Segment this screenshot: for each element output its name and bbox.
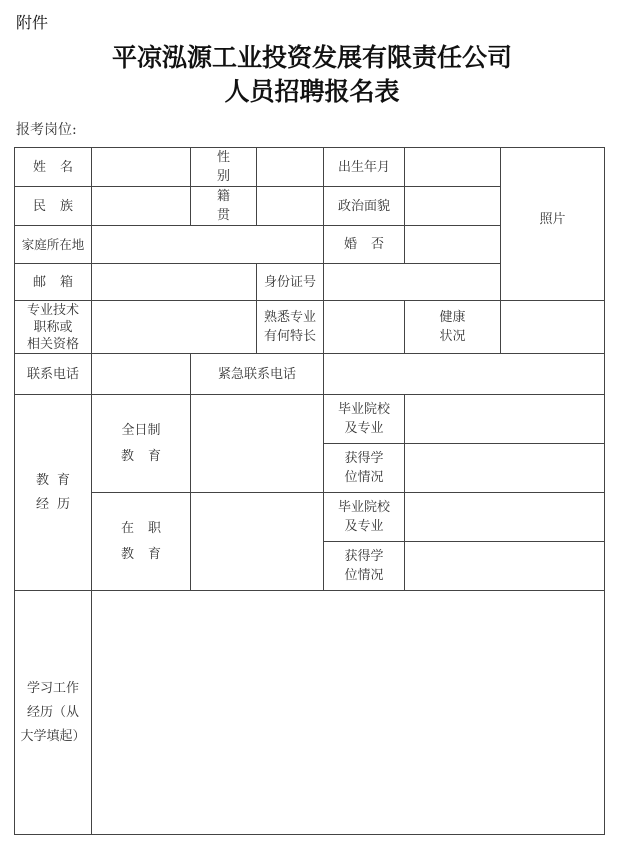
native-place-label: 籍贯 bbox=[191, 187, 257, 226]
work-history-field[interactable] bbox=[92, 591, 605, 835]
gender-field[interactable] bbox=[257, 148, 324, 187]
birth-label: 出生年月 bbox=[324, 148, 405, 187]
birth-field[interactable] bbox=[405, 148, 501, 187]
education-label: 教育 经历 bbox=[15, 395, 92, 591]
inservice-school-label: 毕业院校 及专业 bbox=[324, 493, 405, 542]
inservice-degree-label: 获得学 位情况 bbox=[324, 542, 405, 591]
health-label: 健康 状况 bbox=[405, 301, 501, 354]
home-address-field[interactable] bbox=[92, 226, 324, 264]
health-field[interactable] bbox=[501, 301, 605, 354]
id-number-label: 身份证号 bbox=[257, 264, 324, 301]
home-address-label: 家庭所在地 bbox=[15, 226, 92, 264]
fulltime-education-field[interactable] bbox=[191, 395, 324, 493]
phone-label: 联系电话 bbox=[15, 354, 92, 395]
gender-label: 性别 bbox=[191, 148, 257, 187]
native-place-field[interactable] bbox=[257, 187, 324, 226]
specialty-field[interactable] bbox=[324, 301, 405, 354]
attachment-label: 附件 bbox=[16, 10, 48, 33]
name-label: 姓名 bbox=[15, 148, 92, 187]
qualification-field[interactable] bbox=[92, 301, 257, 354]
political-label: 政治面貌 bbox=[324, 187, 405, 226]
email-label: 邮箱 bbox=[15, 264, 92, 301]
emergency-phone-label: 紧急联系电话 bbox=[191, 354, 324, 395]
emergency-phone-field[interactable] bbox=[324, 354, 605, 395]
qualification-label: 专业技术 职称或 相关资格 bbox=[15, 301, 92, 354]
fulltime-degree-field[interactable] bbox=[405, 444, 605, 493]
political-field[interactable] bbox=[405, 187, 501, 226]
page-subtitle: 人员招聘报名表 bbox=[0, 72, 624, 108]
fulltime-school-label: 毕业院校 及专业 bbox=[324, 395, 405, 444]
position-label: 报考岗位: bbox=[16, 119, 77, 139]
inservice-school-field[interactable] bbox=[405, 493, 605, 542]
photo-area[interactable]: 照片 bbox=[501, 148, 605, 301]
marital-field[interactable] bbox=[405, 226, 501, 264]
ethnicity-field[interactable] bbox=[92, 187, 191, 226]
id-number-field[interactable] bbox=[324, 264, 501, 301]
fulltime-school-field[interactable] bbox=[405, 395, 605, 444]
application-form-table: 姓名 性别 出生年月 照片 民族 籍贯 政治面貌 家庭所在地 婚否 邮箱 身份证… bbox=[14, 147, 605, 835]
inservice-education-label: 在职 教育 bbox=[92, 493, 191, 591]
fulltime-degree-label: 获得学 位情况 bbox=[324, 444, 405, 493]
inservice-education-field[interactable] bbox=[191, 493, 324, 591]
work-history-label: 学习工作 经历（从 大学填起） bbox=[15, 591, 92, 835]
fulltime-education-label: 全日制 教育 bbox=[92, 395, 191, 493]
specialty-label: 熟悉专业 有何特长 bbox=[257, 301, 324, 354]
inservice-degree-field[interactable] bbox=[405, 542, 605, 591]
page-title: 平凉泓源工业投资发展有限责任公司 bbox=[0, 38, 624, 74]
ethnicity-label: 民族 bbox=[15, 187, 92, 226]
marital-label: 婚否 bbox=[324, 226, 405, 264]
phone-field[interactable] bbox=[92, 354, 191, 395]
name-field[interactable] bbox=[92, 148, 191, 187]
email-field[interactable] bbox=[92, 264, 257, 301]
